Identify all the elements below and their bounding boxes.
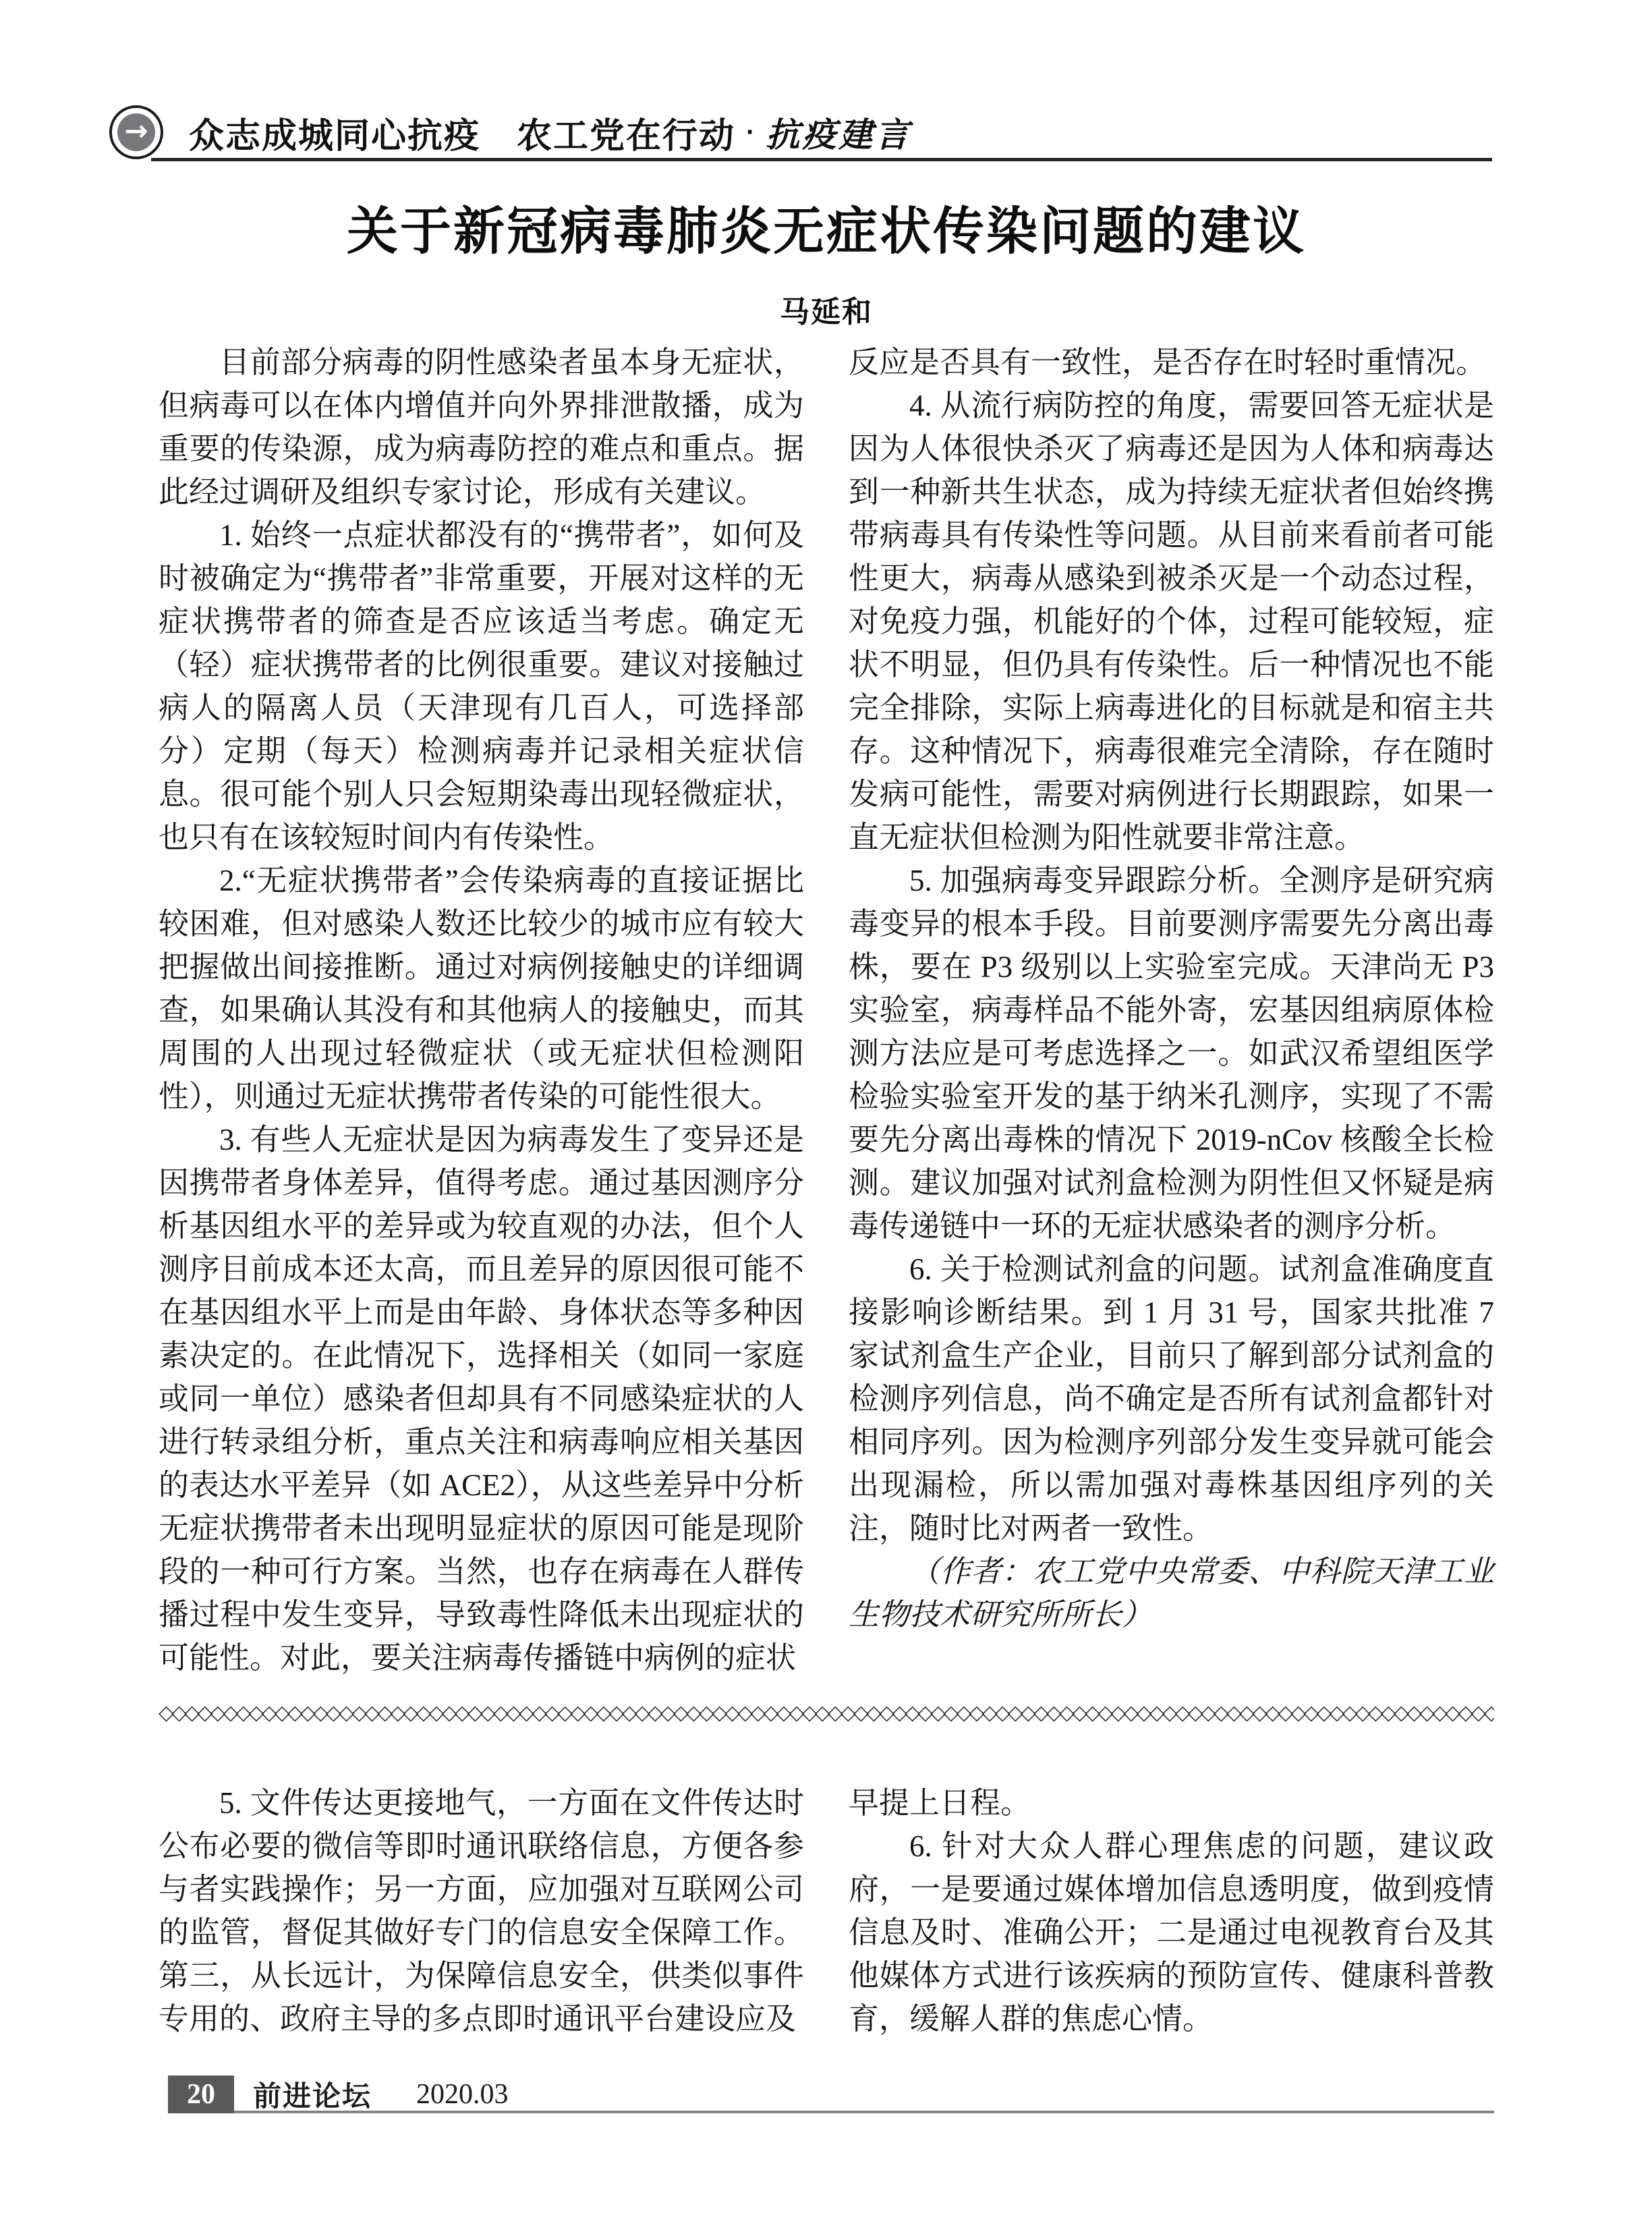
header-section-label: 抗疫建言 [766, 108, 911, 157]
page-header: 众志成城同心抗疫 农工党在行动 · 抗疫建言 [189, 105, 911, 159]
main-article-right-column: 反应是否具有一致性，是否存在时轻时重情况。4. 从流行病防控的角度，需要回答无症… [849, 341, 1494, 1636]
journal-issue: 2020.03 [416, 2078, 509, 2111]
paragraph: 5. 文件传达更接地气，一方面在文件传达时公布必要的微信等即时通讯联络信息，方便… [159, 1781, 804, 2040]
paragraph: 2.“无症状携带者”会传染病毒的直接证据比较困难，但对感染人数还比较少的城市应有… [159, 859, 804, 1118]
paragraph: 6. 关于检测试剂盒的问题。试剂盒准确度直接影响诊断结果。到 1 月 31 号，… [849, 1248, 1494, 1550]
main-article-left-column: 目前部分病毒的阴性感染者虽本身无症状，但病毒可以在体内增值并向外界排泄散播，成为… [159, 341, 804, 1679]
paragraph: （作者：农工党中央常委、中科院天津工业生物技术研究所所长） [849, 1550, 1494, 1636]
second-article-right-column: 早提上日程。6. 针对大众人群心理焦虑的问题，建议政府，一是要通过媒体增加信息透… [849, 1781, 1494, 2040]
page-number-badge: 20 [168, 2076, 234, 2113]
paragraph: 4. 从流行病防控的角度，需要回答无症状是因为人体很快杀灭了病毒还是因为人体和病… [849, 384, 1494, 859]
arrow-right-circle-icon: → [109, 105, 163, 159]
section-divider: ◇◇◇◇◇◇◇◇◇◇◇◇◇◇◇◇◇◇◇◇◇◇◇◇◇◇◇◇◇◇◇◇◇◇◇◇◇◇◇◇… [159, 1699, 1494, 1727]
journal-name: 前进论坛 [253, 2074, 372, 2115]
paragraph: 反应是否具有一致性，是否存在时轻时重情况。 [849, 341, 1494, 384]
paragraph: 1. 始终一点症状都没有的“携带者”，如何及时被确定为“携带者”非常重要，开展对… [159, 513, 804, 859]
header-slogan: 众志成城同心抗疫 农工党在行动 [189, 107, 735, 158]
paragraph: 6. 针对大众人群心理焦虑的问题，建议政府，一是要通过媒体增加信息透明度，做到疫… [849, 1825, 1494, 2040]
arrow-circle-fill: → [117, 113, 155, 151]
second-article-left-column: 5. 文件传达更接地气，一方面在文件传达时公布必要的微信等即时通讯联络信息，方便… [159, 1781, 804, 2040]
paragraph: 3. 有些人无症状是因为病毒发生了变异还是因携带者身体差异，值得考虑。通过基因测… [159, 1118, 804, 1679]
footer-journal-info: 前进论坛 2020.03 [253, 2076, 509, 2113]
article-title: 关于新冠病毒肺炎无症状传染问题的建议 [159, 190, 1494, 264]
footer-rule [234, 2111, 1494, 2113]
page-number: 20 [187, 2078, 215, 2111]
paragraph: 早提上日程。 [849, 1781, 1494, 1825]
paragraph: 目前部分病毒的阴性感染者虽本身无症状，但病毒可以在体内增值并向外界排泄散播，成为… [159, 341, 804, 513]
article-author: 马延和 [159, 287, 1494, 331]
header-separator: · [746, 117, 755, 148]
header-rule [151, 158, 1492, 161]
right-arrow-glyph: → [124, 117, 148, 145]
paragraph: 5. 加强病毒变异跟踪分析。全测序是研究病毒变异的根本手段。目前要测序需要先分离… [849, 859, 1494, 1248]
